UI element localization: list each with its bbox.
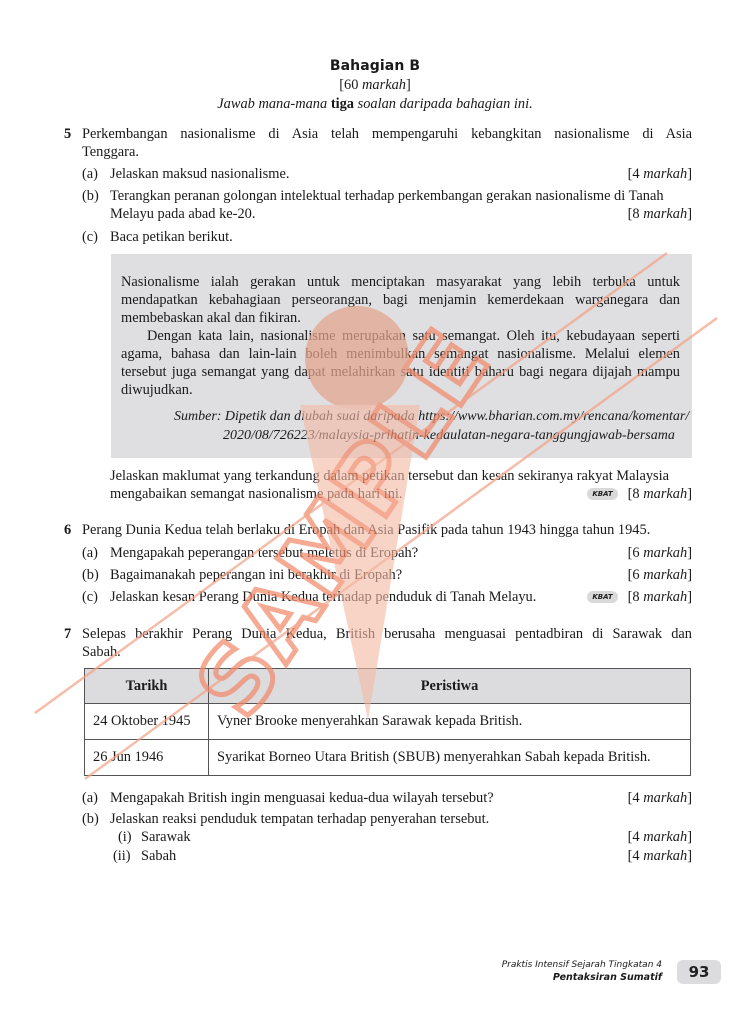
subquestion-text: Baca petikan berikut. <box>110 228 233 246</box>
marks-label: [4 markah] <box>628 789 692 807</box>
marks-label: [6 markah] <box>628 566 692 584</box>
subquestion-label: (b) <box>82 810 99 828</box>
column-header-event: Peristiwa <box>209 669 691 704</box>
passage-line: Dengan kata lain, nasionalisme merupakan… <box>147 327 680 345</box>
question-stem-cont: Sabah. <box>82 643 121 661</box>
passage-box: Nasionalisme ialah gerakan untuk mencipt… <box>111 254 692 458</box>
table-row: 26 Jun 1946 Syarikat Borneo Utara Britis… <box>85 740 691 776</box>
question-stem: Perang Dunia Kedua telah berlaku di Erop… <box>82 521 650 539</box>
subpart-text: Sarawak <box>141 828 191 846</box>
passage-line: tersebut juga semangat yang dapat melahi… <box>121 363 680 381</box>
passage-source-cont: 2020/08/726223/malaysia-prihatin-kedaula… <box>223 427 675 445</box>
subquestion-label: (a) <box>82 165 98 183</box>
subpart-label: (i) <box>118 828 132 846</box>
subquestion-text-cont: Melayu pada abad ke-20. <box>110 205 255 223</box>
table-row: 24 Oktober 1945 Vyner Brooke menyerahkan… <box>85 704 691 740</box>
passage-source: Sumber: Dipetik dan diubah suai daripada… <box>174 408 689 426</box>
marks-label: [4 markah] <box>628 847 692 865</box>
subquestion-text: Mengapakah British ingin menguasai kedua… <box>110 789 494 807</box>
table-header-row: Tarikh Peristiwa <box>85 669 691 704</box>
cell-event: Syarikat Borneo Utara British (SBUB) men… <box>209 740 691 776</box>
question-number: 6 <box>64 521 71 539</box>
subquestion-label: (a) <box>82 544 98 562</box>
column-header-date: Tarikh <box>85 669 209 704</box>
question-number: 5 <box>64 125 71 143</box>
subquestion-label: (b) <box>82 187 99 205</box>
marks-label: [6 markah] <box>628 544 692 562</box>
marks-label: [4 markah] <box>628 828 692 846</box>
marks-label: [4 markah] <box>628 165 692 183</box>
marks-label: [8 markah] <box>628 205 692 223</box>
question-stem-cont: Tenggara. <box>82 143 139 161</box>
subquestion-label: (c) <box>82 588 98 606</box>
cell-date: 26 Jun 1946 <box>85 740 209 776</box>
subpart-text: Sabah <box>141 847 176 865</box>
question-stem: Selepas berakhir Perang Dunia Kedua, Bri… <box>82 625 692 643</box>
passage-line: Nasionalisme ialah gerakan untuk mencipt… <box>121 273 680 291</box>
cell-date: 24 Oktober 1945 <box>85 704 209 740</box>
footer-section-name: Pentaksiran Sumatif <box>553 972 662 983</box>
subquestion-text: Jelaskan reaksi penduduk tempatan terhad… <box>110 810 489 828</box>
question-stem: Perkembangan nasionalisme di Asia telah … <box>82 125 692 143</box>
section-title: Bahagian B <box>0 58 750 74</box>
passage-line: membebaskan akal dan fikiran. <box>121 309 680 327</box>
subquestion-text: Bagaimanakah peperangan ini berakhir di … <box>110 566 402 584</box>
footer-book-title: Praktis Intensif Sejarah Tingkatan 4 <box>502 960 662 970</box>
kbat-badge: KBAT <box>587 591 617 603</box>
subpart-label: (ii) <box>113 847 131 865</box>
passage-line: diwujudkan. <box>121 381 680 399</box>
subquestion-text: Mengapakah peperangan tersebut meletus d… <box>110 544 418 562</box>
passage-line: agama, bahasa dan lain-lain boleh menimb… <box>121 345 680 363</box>
subquestion-text: Jelaskan kesan Perang Dunia Kedua terhad… <box>110 588 536 606</box>
subquestion-text: Terangkan peranan golongan intelektual t… <box>110 187 664 205</box>
section-marks: [60 markah] <box>0 76 750 94</box>
subquestion-text: Jelaskan maklumat yang terkandung dalam … <box>110 467 669 485</box>
exam-page: Bahagian B [60 markah] Jawab mana-mana t… <box>0 0 750 1026</box>
subquestion-text: Jelaskan maksud nasionalisme. <box>110 165 289 183</box>
marks-label: KBAT[8 markah] <box>587 485 692 503</box>
subquestion-text-cont: mengabaikan semangat nasionalisme pada h… <box>110 485 403 503</box>
question-number: 7 <box>64 625 71 643</box>
page-number: 93 <box>677 960 721 984</box>
subquestion-label: (a) <box>82 789 98 807</box>
kbat-badge: KBAT <box>587 488 617 500</box>
subquestion-label: (b) <box>82 566 99 584</box>
cell-event: Vyner Brooke menyerahkan Sarawak kepada … <box>209 704 691 740</box>
events-table: Tarikh Peristiwa 24 Oktober 1945 Vyner B… <box>84 668 691 776</box>
section-instructions: Jawab mana-mana tiga soalan daripada bah… <box>0 95 750 113</box>
subquestion-label: (c) <box>82 228 98 246</box>
marks-label: KBAT[8 markah] <box>587 588 692 606</box>
passage-line: mendapatkan kebahagiaan perseorangan, ba… <box>121 291 680 309</box>
